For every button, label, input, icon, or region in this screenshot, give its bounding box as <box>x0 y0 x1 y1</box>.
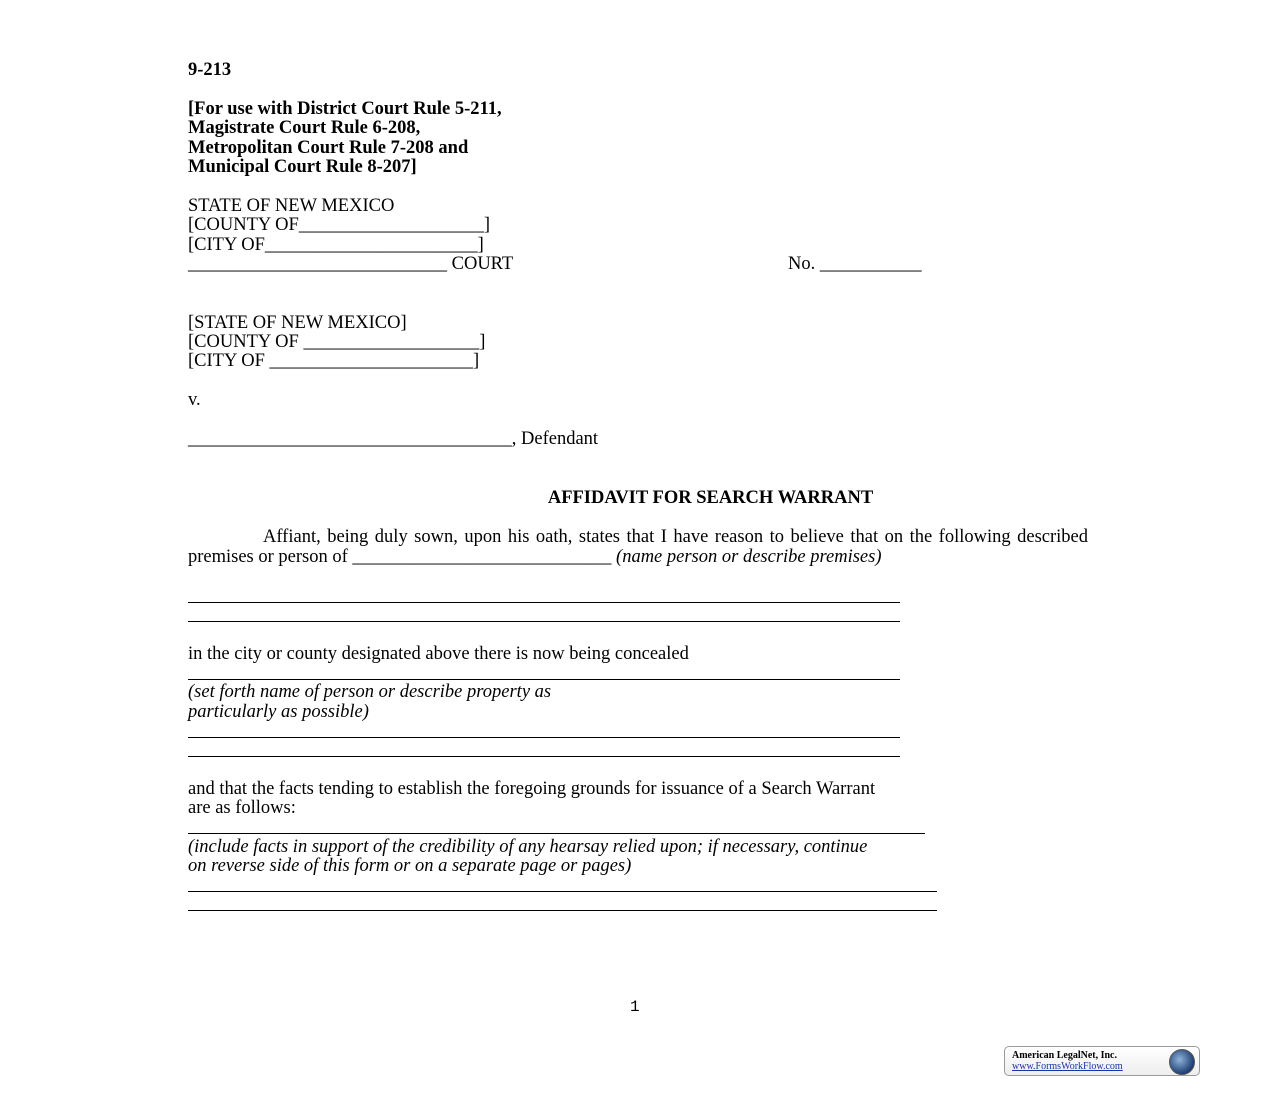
facts-hint-2: on reverse side of this form or on a sep… <box>188 856 631 876</box>
property-line-2[interactable] <box>188 756 900 757</box>
footer-badge[interactable]: American LegalNet, Inc. www.FormsWorkFlo… <box>1004 1046 1200 1076</box>
paragraph-premises: Affiant, being duly sown, upon his oath,… <box>188 527 1088 567</box>
versus: v. <box>188 390 201 410</box>
globe-icon <box>1169 1049 1195 1075</box>
premises-line-2[interactable] <box>188 621 900 622</box>
rule-line: Municipal Court Rule 8-207] <box>188 157 417 177</box>
concealed-hint-2: particularly as possible) <box>188 702 369 722</box>
concealed-text: in the city or county designated above t… <box>188 644 689 664</box>
badge-company: American LegalNet, Inc. <box>1012 1050 1117 1061</box>
premises-line-1[interactable] <box>188 602 900 603</box>
document-title: AFFIDAVIT FOR SEARCH WARRANT <box>0 488 1275 509</box>
facts-hint-1: (include facts in support of the credibi… <box>188 837 867 857</box>
facts-text-1: and that the facts tending to establish … <box>188 779 875 799</box>
defendant-field[interactable]: ___________________________________, Def… <box>188 429 598 449</box>
court-city-field[interactable]: [CITY OF_______________________] <box>188 235 484 255</box>
concealed-hint-1: (set forth name of person or describe pr… <box>188 682 551 702</box>
form-number: 9-213 <box>188 60 231 80</box>
facts-line-2[interactable] <box>188 891 937 892</box>
rule-line: Magistrate Court Rule 6-208, <box>188 118 420 138</box>
case-number-field[interactable]: No. ___________ <box>788 254 922 274</box>
concealed-line[interactable] <box>188 679 900 680</box>
court-state: STATE OF NEW MEXICO <box>188 196 394 216</box>
facts-line-3[interactable] <box>188 910 937 911</box>
plaintiff-state: [STATE OF NEW MEXICO] <box>188 313 407 333</box>
court-name-field[interactable]: ____________________________ COURT <box>188 254 513 274</box>
rule-line: Metropolitan Court Rule 7-208 and <box>188 138 468 158</box>
plaintiff-county-field[interactable]: [COUNTY OF ___________________] <box>188 332 485 352</box>
property-line-1[interactable] <box>188 737 900 738</box>
badge-url-link[interactable]: www.FormsWorkFlow.com <box>1012 1061 1123 1072</box>
facts-text-2: are as follows: <box>188 798 296 818</box>
page-number: 1 <box>630 998 640 1016</box>
plaintiff-city-field[interactable]: [CITY OF ______________________] <box>188 351 479 371</box>
court-county-field[interactable]: [COUNTY OF____________________] <box>188 215 490 235</box>
rule-line: [For use with District Court Rule 5-211, <box>188 99 502 119</box>
premises-hint: (name person or describe premises) <box>616 547 881 567</box>
facts-line[interactable] <box>188 833 925 834</box>
